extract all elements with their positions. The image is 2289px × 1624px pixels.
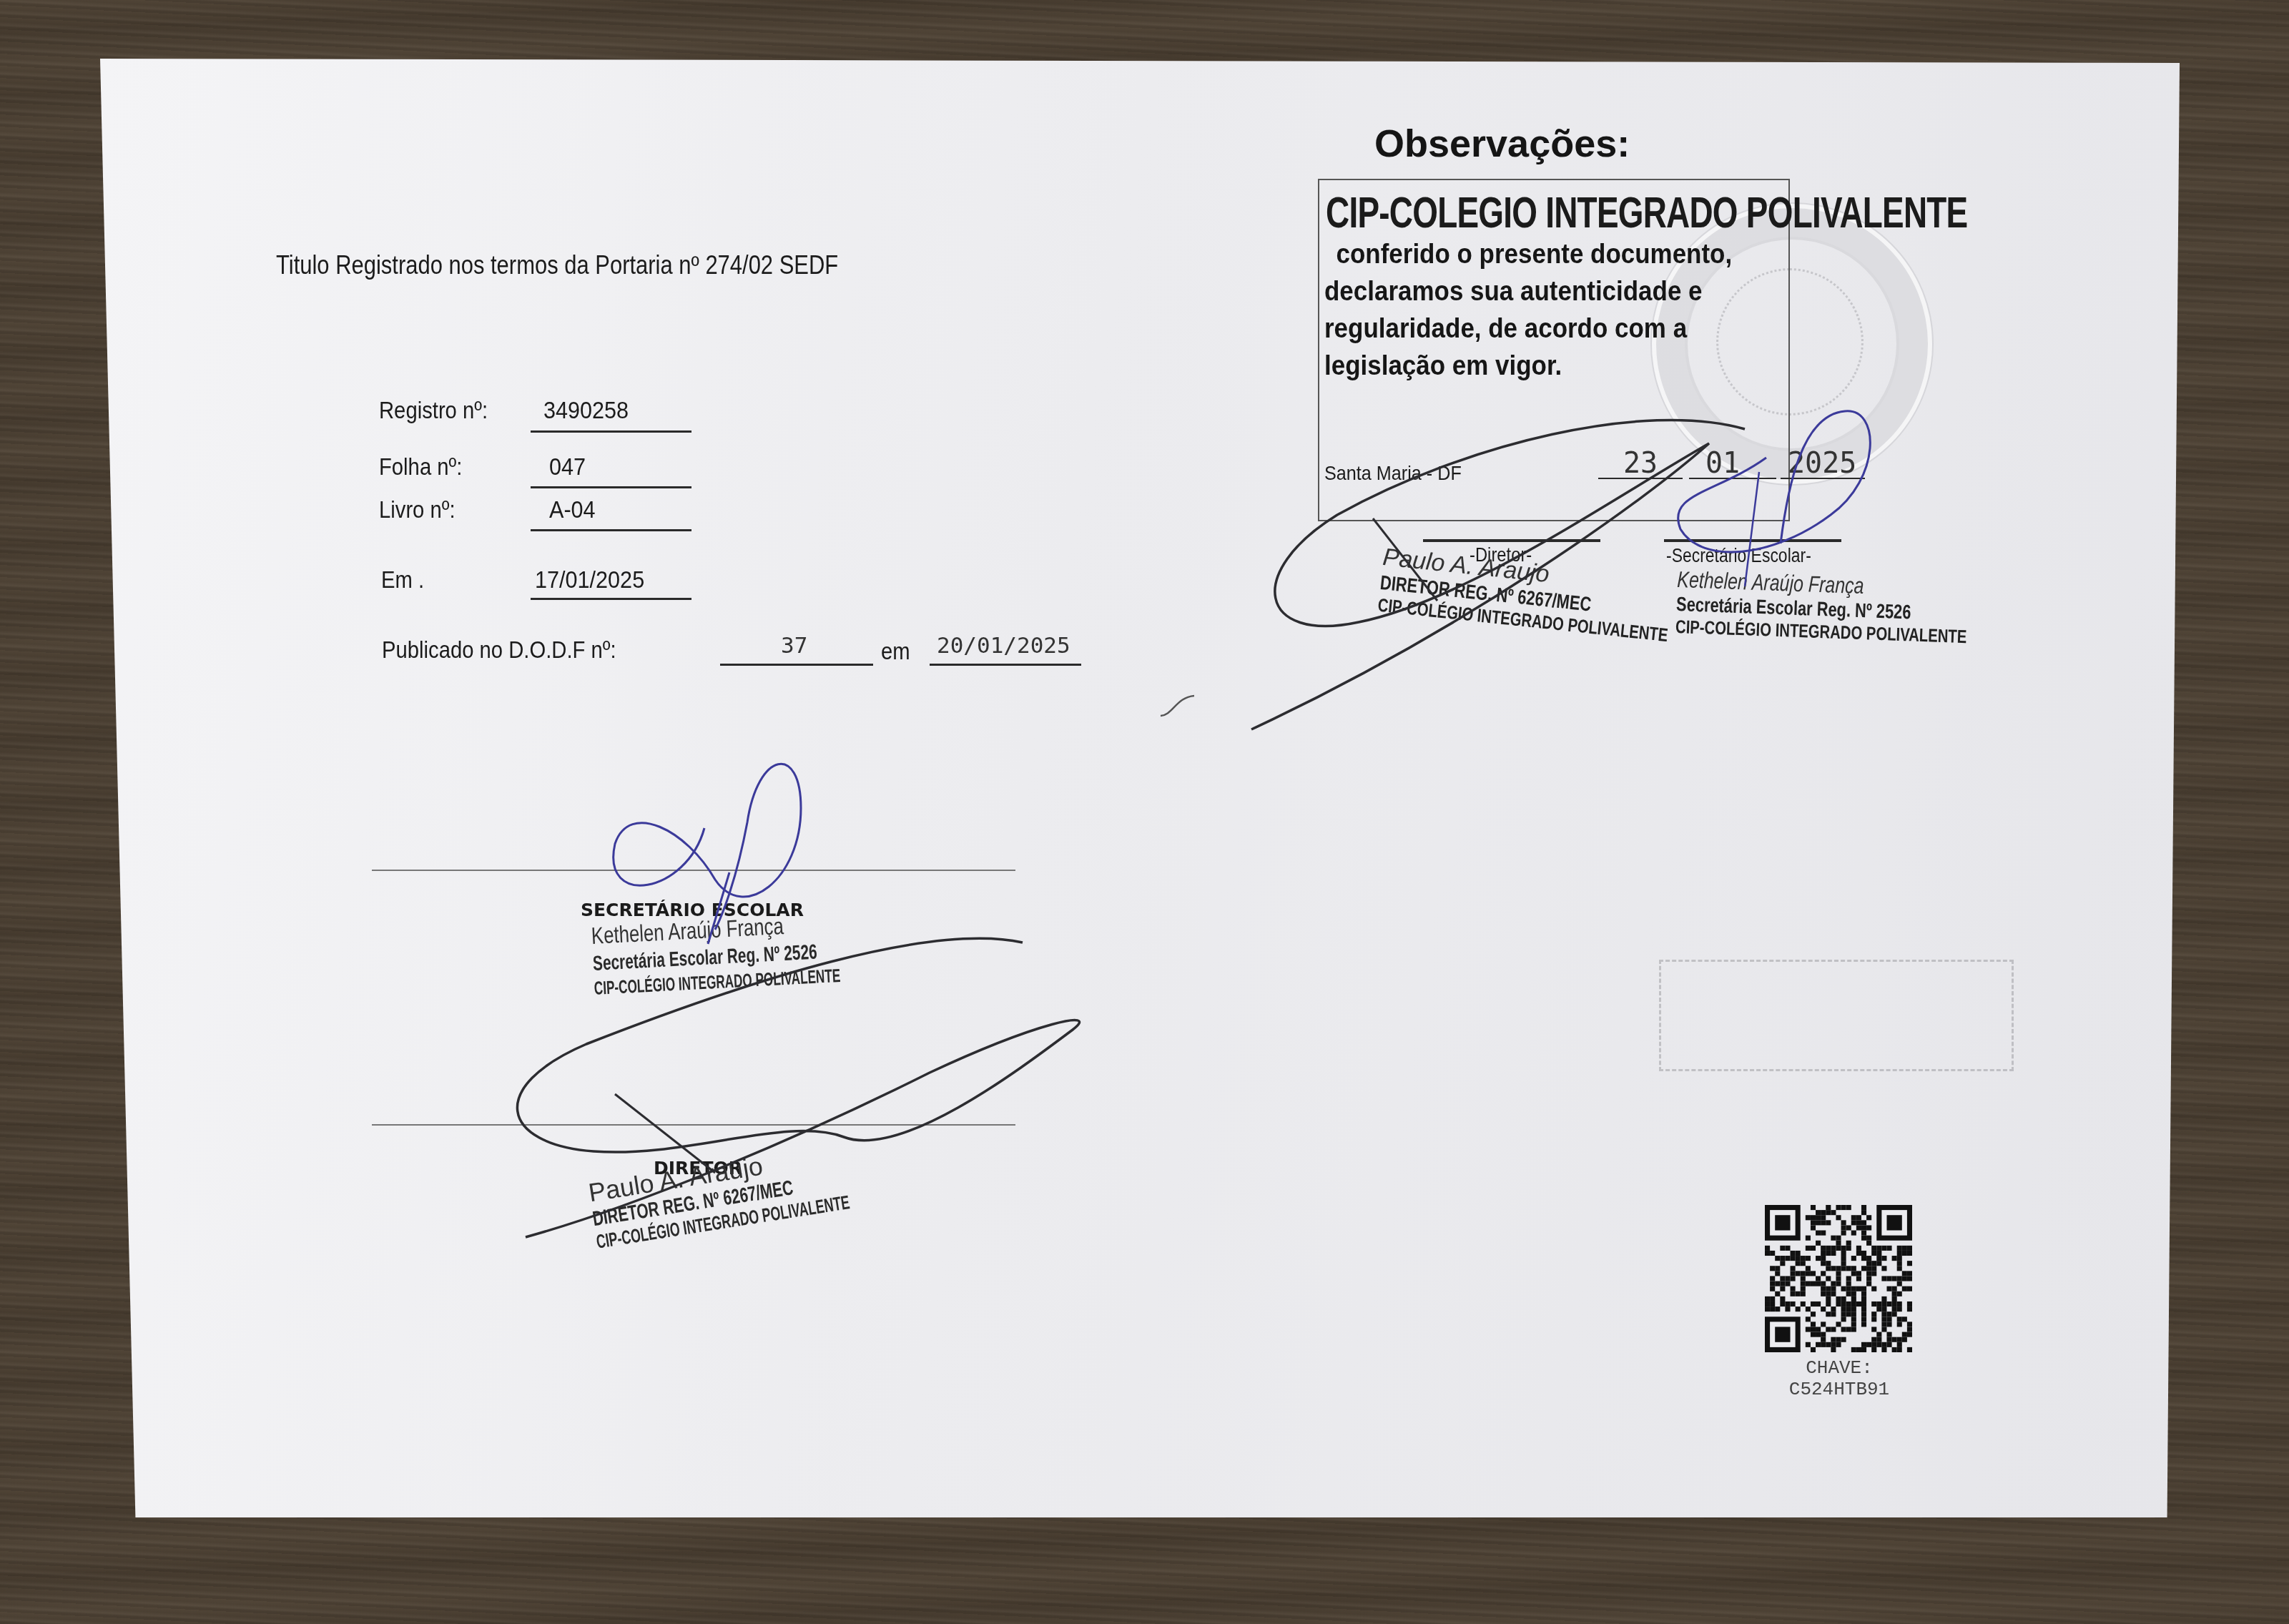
- livro-label: Livro nº:: [379, 496, 456, 524]
- em-underline: [531, 598, 691, 600]
- right-secretary-stamp: Kethelen Araújo França Secretária Escola…: [1675, 566, 2052, 651]
- dodf-number: 37: [781, 633, 807, 659]
- registro-underline: [531, 430, 691, 433]
- verification-key-value: C524HTB91: [1761, 1379, 1918, 1400]
- dodf-date: 20/01/2025: [937, 633, 1070, 659]
- stamp-text-line: legislação em vigor.: [1324, 348, 1785, 385]
- dodf-label: Publicado no D.O.D.F nº:: [382, 636, 616, 664]
- stamp-date-year-underline: [1781, 478, 1865, 479]
- livro-underline: [531, 529, 691, 531]
- secretary-signature-line: [372, 870, 1015, 871]
- dodf-date-underline: [930, 664, 1081, 666]
- stamp-text-line: regularidade, de acordo com a: [1324, 310, 1785, 348]
- registration-title: Titulo Registrado nos termos da Portaria…: [276, 250, 838, 280]
- qr-code-icon[interactable]: [1765, 1205, 1912, 1352]
- stamp-director-line: [1423, 539, 1600, 542]
- registro-label: Registro nº:: [379, 397, 488, 425]
- dodf-number-underline: [720, 664, 873, 666]
- stamp-declaration-text: conferido o presente documento, declaram…: [1324, 236, 1825, 385]
- stamp-place: Santa Maria - DF: [1324, 462, 1462, 485]
- stamp-text-line: conferido o presente documento,: [1324, 236, 1785, 273]
- stamp-date-year: 2025: [1788, 447, 1856, 480]
- faint-stamp-mark: [1659, 960, 2014, 1071]
- observations-heading: Observações:: [1374, 122, 1630, 166]
- stamp-date-month: 01: [1705, 447, 1740, 480]
- folha-value: 047: [549, 453, 586, 481]
- livro-value: A-04: [549, 496, 596, 524]
- folha-label: Folha nº:: [379, 453, 462, 481]
- stamp-secretary-line: [1664, 539, 1841, 542]
- folha-underline: [531, 486, 691, 488]
- stamp-secretary-caption: -Secretário Escolar-: [1666, 545, 1811, 567]
- registro-value: 3490258: [543, 397, 629, 425]
- stamp-date-month-underline: [1689, 478, 1776, 479]
- dodf-em-label: em: [881, 638, 910, 666]
- verification-key-label: CHAVE:: [1761, 1357, 1918, 1379]
- stamp-text-line: declaramos sua autenticidade e: [1324, 273, 1785, 310]
- stamp-institution-title: CIP-COLEGIO INTEGRADO POLIVALENTE: [1326, 187, 1967, 238]
- stamp-date-day: 23: [1623, 447, 1658, 480]
- em-date-value: 17/01/2025: [535, 566, 644, 594]
- stamp-date-day-underline: [1598, 478, 1683, 479]
- verification-key: CHAVE: C524HTB91: [1761, 1357, 1918, 1400]
- em-label: Em .: [381, 566, 424, 594]
